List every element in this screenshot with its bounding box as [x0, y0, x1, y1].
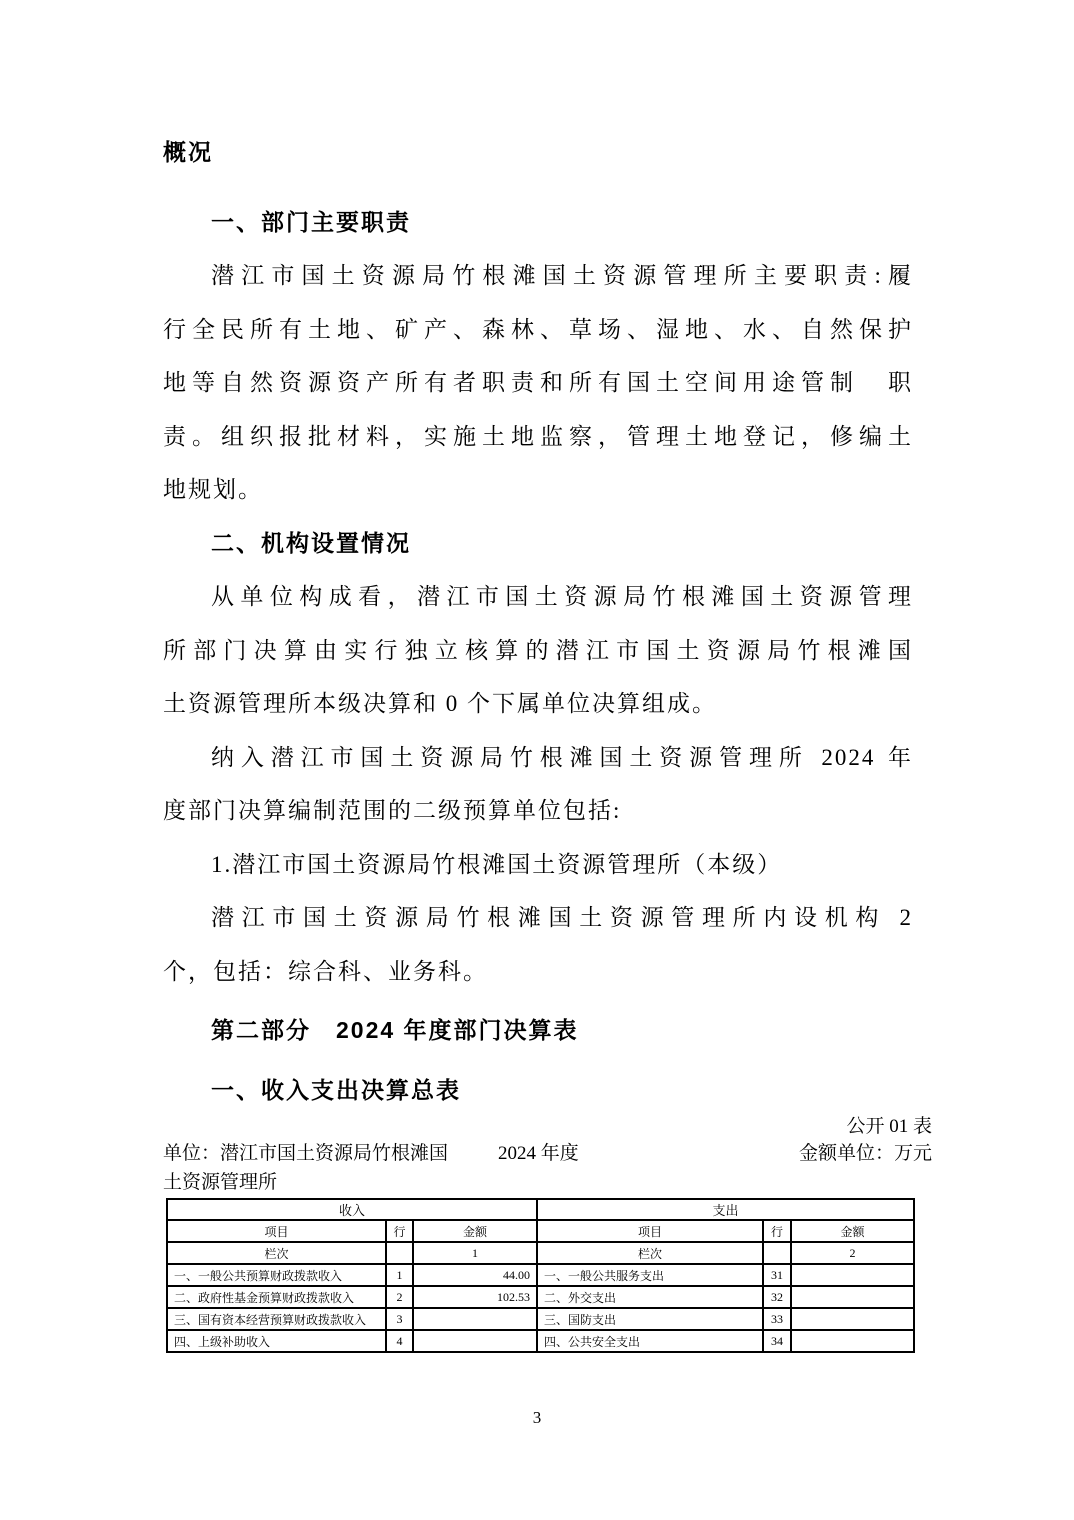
paragraph-line: 潜江市国土资源局竹根滩国土资源管理所内设机构 2 — [163, 891, 913, 945]
document-page: 概况 一、部门主要职责 潜江市国土资源局竹根滩国土资源管理所主要职责:履 行全民… — [0, 0, 1074, 1520]
table-cell: 4 — [386, 1330, 413, 1352]
heading-main-duties: 一、部门主要职责 — [163, 195, 913, 249]
table-row: 项目 行 金额 项目 行 金额 — [167, 1220, 914, 1242]
table-cell: 2 — [386, 1286, 413, 1308]
heading-org-setup: 二、机构设置情况 — [163, 517, 913, 571]
paragraph-line: 地等自然资源资产所有者职责和所有国土空间用途管制 职 — [163, 356, 913, 410]
table-row: 二、政府性基金预算财政拨款收入 2 102.53 二、外交支出 32 — [167, 1286, 914, 1308]
table-cell — [791, 1330, 914, 1352]
paragraph-line: 土资源管理所本级决算和 0 个下属单位决算组成。 — [163, 677, 913, 731]
table-cell: 32 — [763, 1286, 791, 1308]
table-cell: 33 — [763, 1308, 791, 1330]
paragraph-line: 所部门决算由实行独立核算的潜江市国土资源局竹根滩国 — [163, 624, 913, 678]
table-cell: 二、政府性基金预算财政拨款收入 — [167, 1286, 386, 1308]
table-cell: 三、国防支出 — [537, 1308, 763, 1330]
heading-part2: 第二部分 2024 年度部门决算表 — [163, 1003, 913, 1057]
col-header-row-no: 行 — [763, 1220, 791, 1242]
table-cell: 31 — [763, 1264, 791, 1286]
col-header-item: 项目 — [537, 1220, 763, 1242]
table-cell: 一、一般公共预算财政拨款收入 — [167, 1264, 386, 1286]
table-cell: 2 — [791, 1242, 914, 1264]
page-number: 3 — [0, 1408, 1074, 1428]
paragraph-line: 1.潜江市国土资源局竹根滩国土资源管理所（本级） — [163, 838, 913, 892]
table-cell: 三、国有资本经营预算财政拨款收入 — [167, 1308, 386, 1330]
amount-unit-label: 金额单位：万元 — [799, 1139, 932, 1168]
paragraph-line: 个，包括：综合科、业务科。 — [163, 945, 913, 999]
paragraph-line: 从单位构成看，潜江市国土资源局竹根滩国土资源管理 — [163, 570, 913, 624]
table-cell: 1 — [413, 1242, 537, 1264]
table-cell — [791, 1286, 914, 1308]
table-cell: 102.53 — [413, 1286, 537, 1308]
paragraph-line: 责。组织报批材料，实施土地监察，管理土地登记，修编土 — [163, 410, 913, 464]
fiscal-year-label: 2024 年度 — [498, 1139, 579, 1168]
expense-section-header: 支出 — [537, 1199, 914, 1220]
table-cell: 34 — [763, 1330, 791, 1352]
table-cell: 栏次 — [167, 1242, 386, 1264]
table-cell — [763, 1242, 791, 1264]
heading-overview: 概况 — [163, 125, 913, 179]
table-cell — [413, 1330, 537, 1352]
document-body: 概况 一、部门主要职责 潜江市国土资源局竹根滩国土资源管理所主要职责:履 行全民… — [163, 0, 913, 1117]
income-expense-summary-table: 收入 支出 项目 行 金额 项目 行 金额 栏次 1 栏次 2 一、一般公共预算… — [166, 1198, 915, 1353]
public-table-number: 公开 01 表 — [846, 1114, 932, 1140]
paragraph-line: 纳入潜江市国土资源局竹根滩国土资源管理所 2024 年 — [163, 731, 913, 785]
table-row: 收入 支出 — [167, 1199, 914, 1220]
table-cell: 44.00 — [413, 1264, 537, 1286]
unit-name-label: 单位：潜江市国土资源局竹根滩国土资源管理所 — [163, 1139, 463, 1197]
table-row: 四、上级补助收入 4 四、公共安全支出 34 — [167, 1330, 914, 1352]
table-cell: 栏次 — [537, 1242, 763, 1264]
paragraph-line: 行全民所有土地、矿产、森林、草场、湿地、水、自然保护 — [163, 303, 913, 357]
paragraph-line: 地规划。 — [163, 463, 913, 517]
table-row: 三、国有资本经营预算财政拨款收入 3 三、国防支出 33 — [167, 1308, 914, 1330]
col-header-item: 项目 — [167, 1220, 386, 1242]
table-row: 栏次 1 栏次 2 — [167, 1242, 914, 1264]
col-header-row-no: 行 — [386, 1220, 413, 1242]
table-cell: 四、上级补助收入 — [167, 1330, 386, 1352]
income-section-header: 收入 — [167, 1199, 537, 1220]
table-cell: 3 — [386, 1308, 413, 1330]
heading-summary-table: 一、收入支出决算总表 — [163, 1063, 913, 1117]
table-cell: 二、外交支出 — [537, 1286, 763, 1308]
paragraph-line: 度部门决算编制范围的二级预算单位包括: — [163, 784, 913, 838]
col-header-amount: 金额 — [791, 1220, 914, 1242]
col-header-amount: 金额 — [413, 1220, 537, 1242]
table-row: 一、一般公共预算财政拨款收入 1 44.00 一、一般公共服务支出 31 — [167, 1264, 914, 1286]
table-cell — [386, 1242, 413, 1264]
table-cell — [413, 1308, 537, 1330]
table-cell: 四、公共安全支出 — [537, 1330, 763, 1352]
table-cell: 1 — [386, 1264, 413, 1286]
table-cell — [791, 1308, 914, 1330]
table-cell — [791, 1264, 914, 1286]
table-cell: 一、一般公共服务支出 — [537, 1264, 763, 1286]
paragraph-line: 潜江市国土资源局竹根滩国土资源管理所主要职责:履 — [163, 249, 913, 303]
